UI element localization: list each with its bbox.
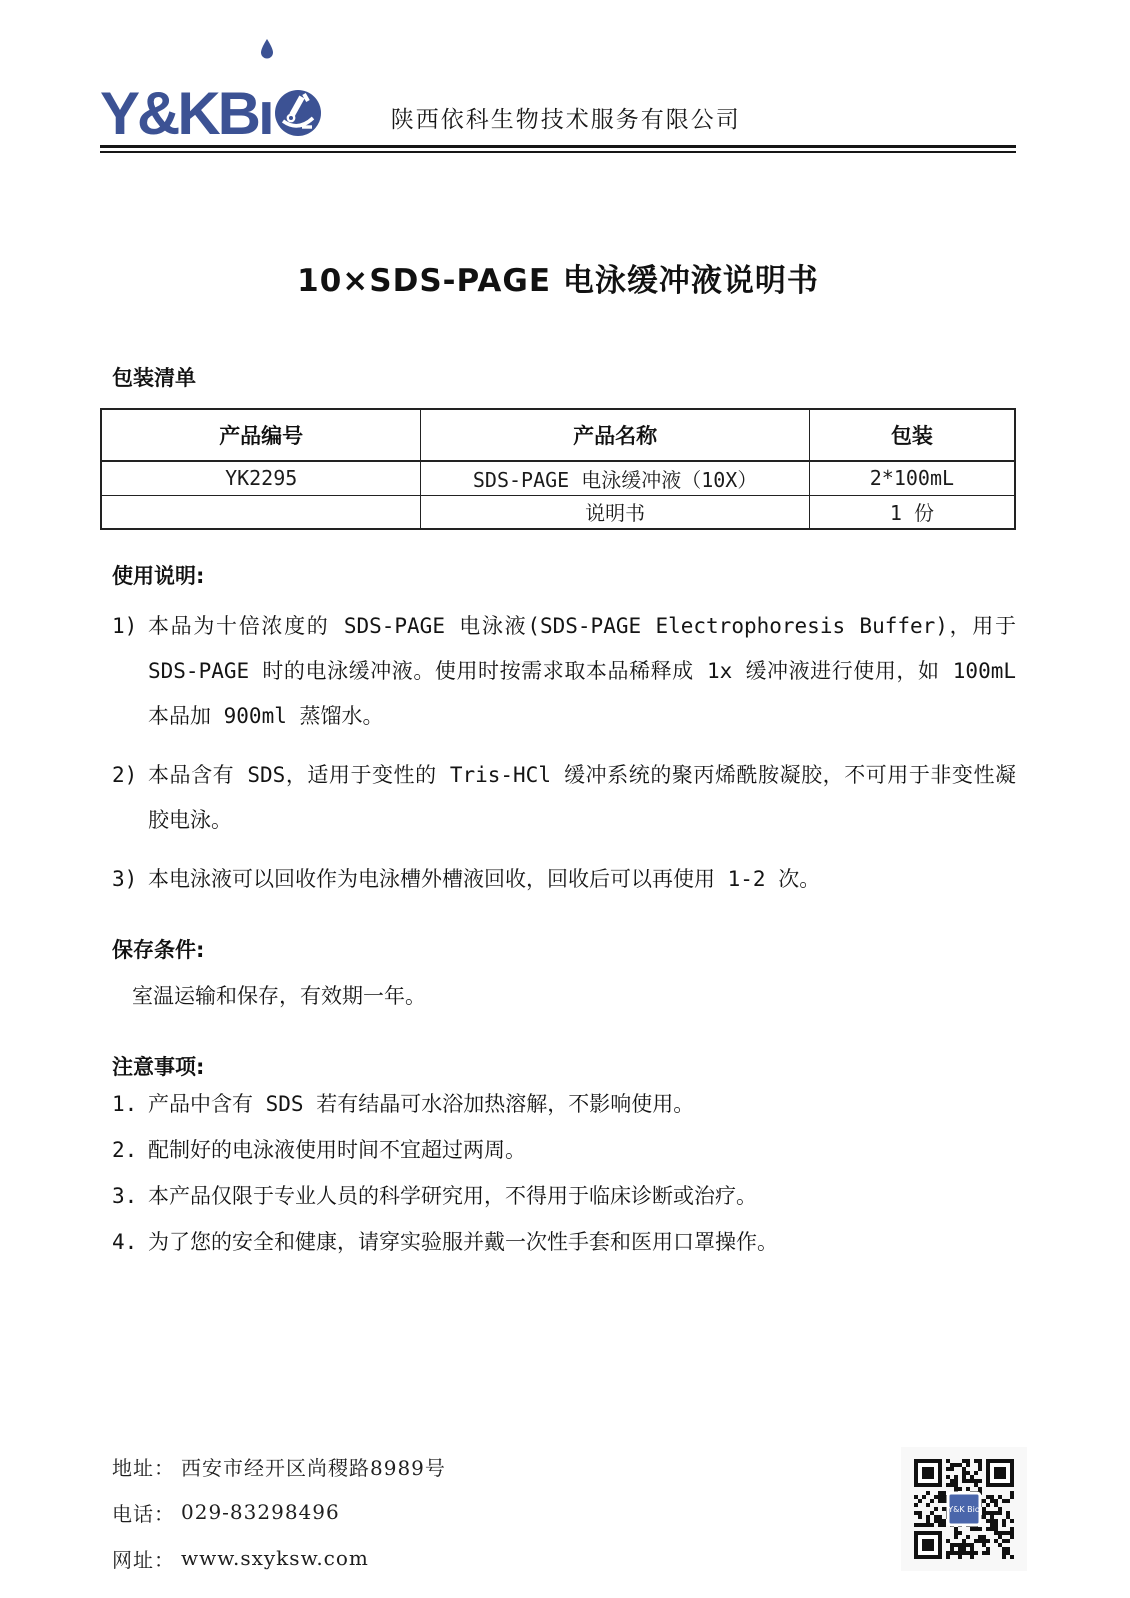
note-item: 2. 配制好的电泳液使用时间不宜超过两周。: [100, 1128, 1016, 1173]
header-product-code: 产品编号: [101, 409, 421, 461]
cell-package: 2*100mL: [809, 461, 1015, 495]
list-marker: 4.: [112, 1220, 148, 1265]
list-marker: 3.: [112, 1174, 148, 1219]
cell-product-code: [101, 495, 421, 529]
list-text: 本品为十倍浓度的 SDS-PAGE 电泳液(SDS-PAGE Electroph…: [148, 604, 1016, 739]
footer-address: 地址： 西安市经开区尚稷路8989号: [112, 1443, 446, 1489]
list-text: 本品含有 SDS，适用于变性的 Tris-HCl 缓冲系统的聚丙烯酰胺凝胶，不可…: [148, 753, 1016, 843]
list-text: 本电泳液可以回收作为电泳槽外槽液回收，回收后可以再使用 1-2 次。: [148, 857, 1016, 902]
list-text: 本产品仅限于专业人员的科学研究用，不得用于临床诊断或治疗。: [148, 1174, 1016, 1219]
list-marker: 2.: [112, 1128, 148, 1173]
document-page: Y&KB ı: [0, 0, 1130, 1598]
header: Y&KB ı: [100, 86, 1016, 141]
droplet-icon: [260, 39, 274, 63]
table-row: YK2295 SDS-PAGE 电泳缓冲液（10X） 2*100mL: [101, 461, 1015, 495]
phone-label: 电话：: [112, 1498, 175, 1527]
list-marker: 3): [112, 857, 148, 902]
storage-heading: 保存条件:: [112, 934, 1016, 964]
table-row: 说明书 1 份: [101, 495, 1015, 529]
header-package: 包装: [809, 409, 1015, 461]
website-label: 网址：: [112, 1544, 175, 1573]
packing-heading: 包装清单: [112, 362, 1016, 392]
table-header-row: 产品编号 产品名称 包装: [101, 409, 1015, 461]
note-item: 4. 为了您的安全和健康，请穿实验服并戴一次性手套和医用口罩操作。: [100, 1220, 1016, 1265]
note-item: 1. 产品中含有 SDS 若有结晶可水浴加热溶解，不影响使用。: [100, 1082, 1016, 1127]
list-text: 为了您的安全和健康，请穿实验服并戴一次性手套和医用口罩操作。: [148, 1220, 1016, 1265]
notes-heading: 注意事项:: [112, 1051, 1016, 1081]
list-marker: 1.: [112, 1082, 148, 1127]
company-logo: Y&KB ı: [100, 86, 321, 141]
company-name: 陕西依科生物技术服务有限公司: [391, 101, 741, 141]
footer-website: 网址： www.sxyksw.com: [112, 1535, 446, 1581]
microscope-icon: [275, 90, 321, 140]
qr-code: Y&K Bio: [901, 1447, 1027, 1571]
storage-text: 室温运输和保存，有效期一年。: [100, 974, 1016, 1019]
document-title: 10×SDS-PAGE 电泳缓冲液说明书: [100, 255, 1016, 300]
logo-letter-i: ı: [258, 86, 272, 141]
phone-value: 029-83298496: [181, 1500, 340, 1524]
cell-product-name: SDS-PAGE 电泳缓冲液（10X）: [421, 461, 809, 495]
cell-package: 1 份: [809, 495, 1015, 529]
list-text: 产品中含有 SDS 若有结晶可水浴加热溶解，不影响使用。: [148, 1082, 1016, 1127]
footer-phone: 电话： 029-83298496: [112, 1489, 446, 1535]
address-value: 西安市经开区尚稷路8989号: [181, 1452, 446, 1481]
header-product-name: 产品名称: [421, 409, 809, 461]
list-text: 配制好的电泳液使用时间不宜超过两周。: [148, 1128, 1016, 1173]
svg-text:Y&K Bio: Y&K Bio: [947, 1505, 980, 1514]
usage-heading: 使用说明:: [112, 560, 1016, 590]
cell-product-name: 说明书: [421, 495, 809, 529]
note-item: 3. 本产品仅限于专业人员的科学研究用，不得用于临床诊断或治疗。: [100, 1174, 1016, 1219]
usage-item: 1) 本品为十倍浓度的 SDS-PAGE 电泳液(SDS-PAGE Electr…: [100, 604, 1016, 739]
usage-item: 3) 本电泳液可以回收作为电泳槽外槽液回收，回收后可以再使用 1-2 次。: [100, 857, 1016, 902]
list-marker: 1): [112, 604, 148, 739]
cell-product-code: YK2295: [101, 461, 421, 495]
logo-text: Y&KB: [100, 86, 258, 141]
usage-item: 2) 本品含有 SDS，适用于变性的 Tris-HCl 缓冲系统的聚丙烯酰胺凝胶…: [100, 753, 1016, 843]
website-value: www.sxyksw.com: [181, 1546, 369, 1570]
packing-table: 产品编号 产品名称 包装 YK2295 SDS-PAGE 电泳缓冲液（10X） …: [100, 408, 1016, 530]
footer: 地址： 西安市经开区尚稷路8989号 电话： 029-83298496 网址： …: [112, 1443, 446, 1581]
address-label: 地址：: [112, 1452, 175, 1481]
list-marker: 2): [112, 753, 148, 843]
